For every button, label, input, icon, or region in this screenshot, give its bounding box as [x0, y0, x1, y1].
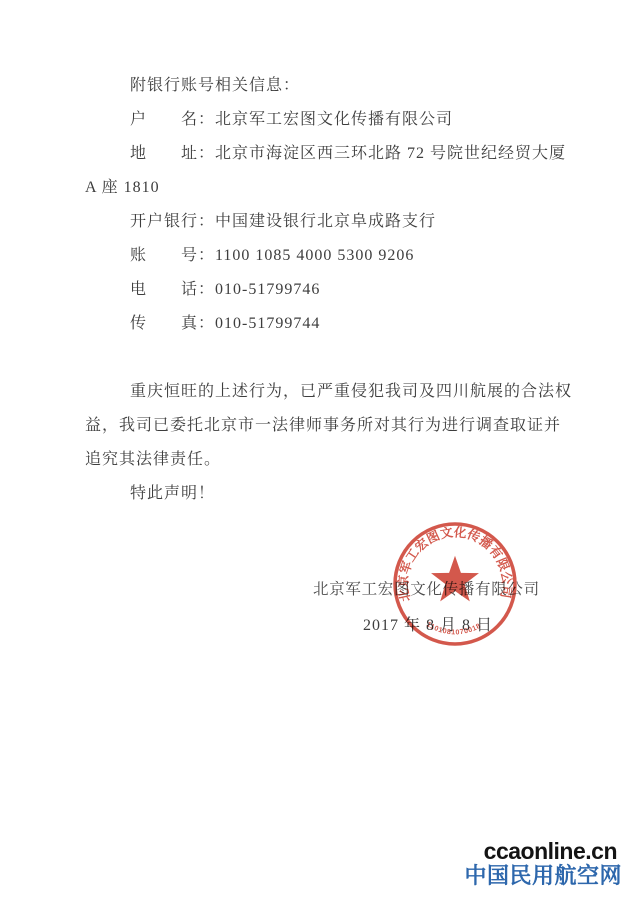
bank-row-address: 地 址：北京市海淀区西三环北路 72 号院世纪经贸大厦 — [85, 137, 575, 171]
intro-line: 附银行账号相关信息： — [85, 69, 575, 103]
seal-number-text: 1101081070018 — [425, 621, 483, 636]
bank-row-bank: 开户银行：中国建设银行北京阜成路支行 — [85, 205, 575, 239]
phone-value: 010-51799746 — [215, 281, 320, 298]
document-page: 附银行账号相关信息： 户 名：北京军工宏图文化传播有限公司 地 址：北京市海淀区… — [0, 0, 640, 905]
bank-row-phone: 电 话：010-51799746 — [85, 273, 575, 307]
bank-value: 中国建设银行北京阜成路支行 — [215, 213, 436, 230]
statement-line1: 重庆恒旺的上述行为，已严重侵犯我司及四川航展的合法权 — [85, 375, 575, 409]
statement-closing: 特此声明！ — [85, 477, 575, 511]
statement-line3: 追究其法律责任。 — [85, 443, 575, 477]
account-name-label: 户 名： — [130, 111, 215, 128]
statement-line2: 益，我司已委托北京市一法律师事务所对其行为进行调查取证并 — [85, 409, 575, 443]
phone-label: 电 话： — [130, 281, 215, 298]
watermark-site-url: ccaonline.cn — [464, 840, 617, 863]
bank-row-account-name: 户 名：北京军工宏图文化传播有限公司 — [85, 103, 575, 137]
fax-value: 010-51799744 — [215, 315, 320, 332]
account-no-value: 1100 1085 4000 5300 9206 — [215, 247, 414, 264]
address-label: 地 址： — [130, 145, 215, 162]
fax-label: 传 真： — [130, 315, 215, 332]
company-seal-stamp: 北京军工宏图文化传播有限公司 1101081070018 — [392, 521, 518, 647]
bank-row-fax: 传 真：010-51799744 — [85, 307, 575, 341]
address-value-line2: A 座 1810 — [85, 171, 575, 205]
account-name-value: 北京军工宏图文化传播有限公司 — [215, 111, 453, 128]
address-value-line1: 北京市海淀区西三环北路 72 号院世纪经贸大厦 — [215, 145, 566, 162]
bank-label: 开户银行： — [130, 213, 215, 230]
document-body: 附银行账号相关信息： 户 名：北京军工宏图文化传播有限公司 地 址：北京市海淀区… — [85, 69, 575, 511]
site-watermark: ccaonline.cn 中国民用航空网 — [464, 840, 622, 887]
account-no-label: 账 号： — [130, 247, 215, 264]
seal-star-icon — [431, 556, 479, 602]
bank-row-account-no: 账 号：1100 1085 4000 5300 9206 — [85, 239, 575, 273]
watermark-site-name: 中国民用航空网 — [464, 865, 622, 887]
